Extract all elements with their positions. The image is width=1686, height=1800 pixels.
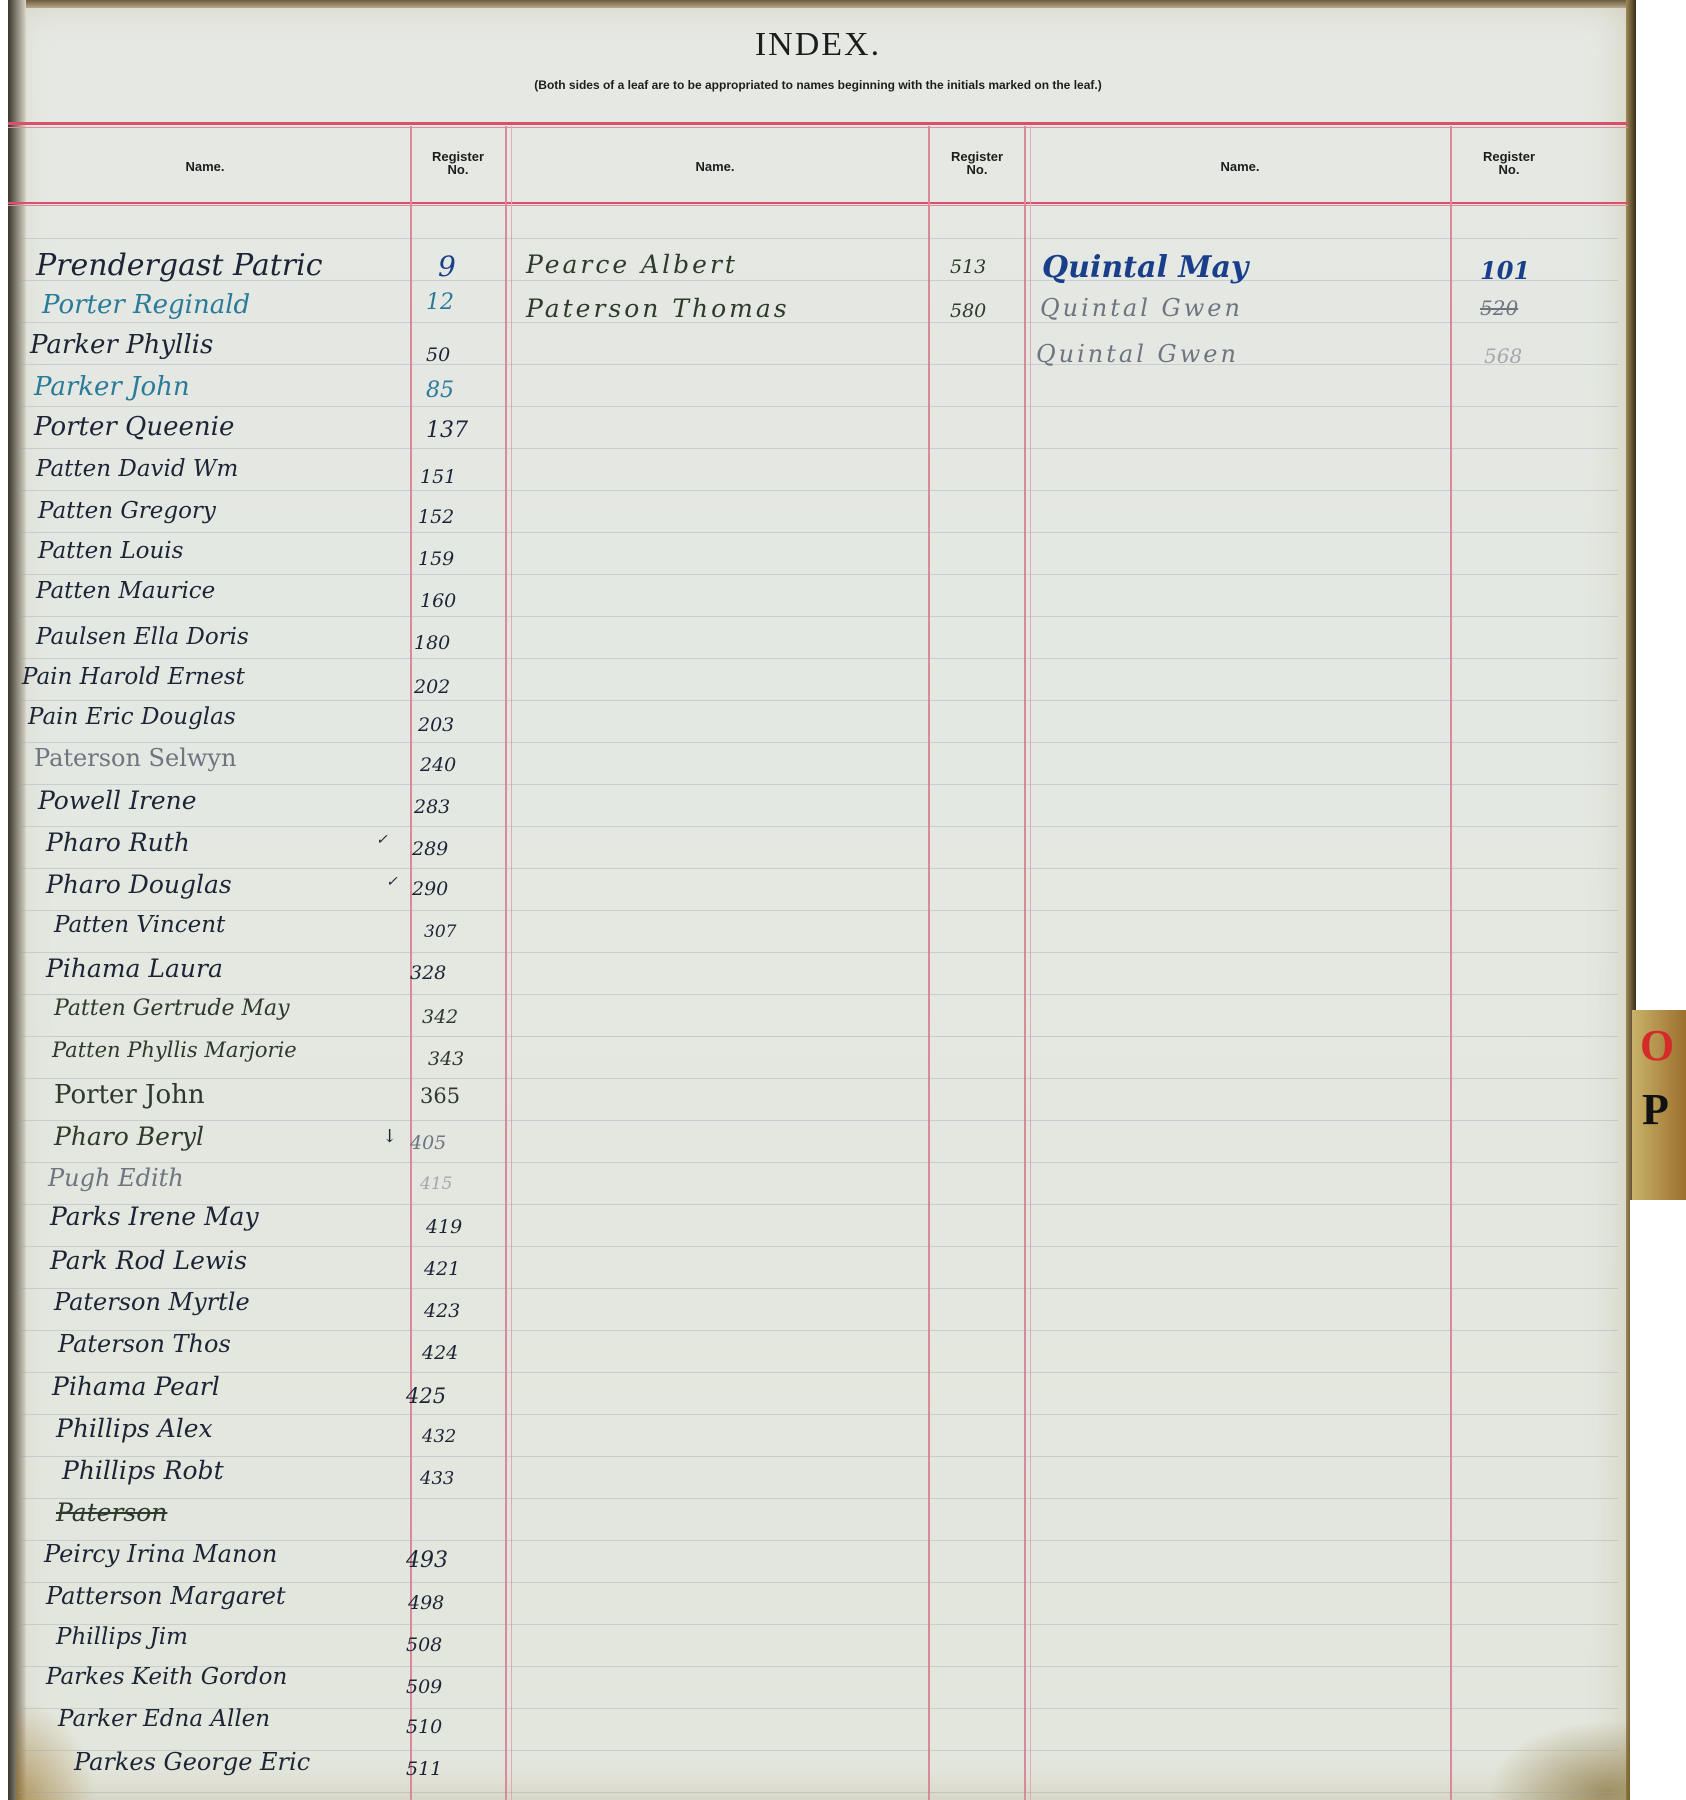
entry-name: Parker Edna Allen: [58, 1706, 270, 1732]
entry-name: Patten Gertrude May: [54, 996, 290, 1021]
check-mark: ✓: [386, 874, 398, 890]
column-divider: [928, 126, 930, 1800]
entry-register-struck: 520: [1480, 296, 1518, 320]
column-header-name-1: Name.: [150, 160, 260, 173]
entry-register: 513: [950, 256, 986, 278]
column-divider: [1024, 126, 1026, 1800]
entry-register: 511: [406, 1758, 442, 1780]
ruled-line: [18, 532, 1618, 533]
entry-register: 152: [418, 506, 454, 528]
ruled-line: [18, 490, 1618, 491]
column-divider: [505, 126, 507, 1800]
ruled-line: [18, 1624, 1618, 1625]
entry-register: 101: [1480, 256, 1530, 285]
stain: [1488, 1720, 1636, 1800]
header-rule: [8, 122, 1628, 125]
entry-name: Pain Harold Ernest: [22, 664, 245, 690]
entry-register: 240: [420, 754, 456, 776]
tab-letter-p: P: [1642, 1084, 1669, 1135]
entry-name: Parks Irene May: [50, 1202, 259, 1231]
entry-name: Pihama Pearl: [52, 1372, 220, 1401]
entry-name: Pearce Albert: [526, 250, 738, 279]
index-tab[interactable]: O P: [1632, 1010, 1686, 1200]
ruled-line: [18, 574, 1618, 575]
entry-register: 307: [424, 922, 456, 942]
ruled-line: [18, 700, 1618, 701]
entry-name: Pharo Ruth: [46, 828, 190, 857]
entry-register: 498: [408, 1592, 444, 1614]
ruled-line: [18, 826, 1618, 827]
ruled-line: [18, 1414, 1618, 1415]
entry-name: Porter Queenie: [34, 412, 234, 442]
entry-register: 160: [420, 590, 456, 612]
ruled-line: [18, 1162, 1618, 1163]
entry-register: 137: [426, 418, 468, 443]
ruled-line: [18, 1372, 1618, 1373]
entry-register: 9: [438, 250, 456, 283]
check-mark: ✓: [376, 832, 388, 848]
entry-name: Pihama Laura: [46, 954, 223, 983]
entry-register: 433: [420, 1468, 454, 1489]
entry-register: 342: [422, 1006, 458, 1028]
column-header-register-3: Register No.: [1452, 150, 1566, 176]
entry-name: Prendergast Patric: [36, 248, 323, 283]
column-header-rule: [8, 205, 1628, 206]
column-divider: [1450, 126, 1452, 1800]
header-rule: [8, 127, 1628, 128]
entry-register: 180: [414, 632, 450, 654]
entry-name: Patten David Wm: [36, 456, 238, 482]
entry-register: 568: [1484, 344, 1522, 368]
ruled-line: [18, 784, 1618, 785]
entry-name: Parker Phyllis: [30, 330, 213, 360]
entry-register: 423: [424, 1300, 460, 1322]
ruled-line: [18, 658, 1618, 659]
entry-register: 509: [406, 1676, 442, 1698]
entry-name: Pharo Douglas: [46, 870, 232, 899]
entry-name: Patten Phyllis Marjorie: [52, 1038, 297, 1062]
entry-register: 290: [412, 878, 448, 900]
register-no-label: No.: [412, 163, 504, 176]
entry-register: 510: [406, 1716, 442, 1738]
entry-register: 202: [414, 676, 450, 698]
entry-register: 283: [414, 796, 450, 818]
ruled-line: [18, 1120, 1618, 1121]
entry-register: 159: [418, 548, 454, 570]
background-gap: [1630, 1200, 1686, 1800]
entry-name: Paterson Thos: [58, 1330, 231, 1358]
entry-name: Phillips Robt: [62, 1456, 224, 1485]
ruled-line: [18, 1498, 1618, 1499]
page-title: INDEX.: [8, 26, 1628, 64]
column-header-rule: [8, 202, 1628, 204]
ruled-line: [18, 1288, 1618, 1289]
ruled-line: [18, 364, 1618, 365]
ruled-line: [18, 1246, 1618, 1247]
entry-name: Peircy Irina Manon: [44, 1540, 277, 1568]
entry-register: 85: [426, 378, 454, 403]
entry-name: Parkes George Eric: [74, 1748, 310, 1776]
entry-name: Pain Eric Douglas: [28, 704, 236, 730]
entry-register: 493: [406, 1548, 448, 1573]
entry-register: 421: [424, 1258, 460, 1280]
column-header-name-3: Name.: [1185, 160, 1295, 173]
entry-name: Pharo Beryl: [54, 1122, 204, 1151]
page-left-edge: [8, 0, 26, 1800]
ruled-line: [18, 406, 1618, 407]
entry-register: 432: [422, 1426, 456, 1447]
entry-register: 328: [410, 962, 446, 984]
entry-register: 289: [412, 838, 448, 860]
ruled-line: [18, 994, 1618, 995]
entry-name: Paterson Selwyn: [34, 744, 236, 772]
entry-name: Porter Reginald: [42, 290, 250, 320]
ruled-line: [18, 910, 1618, 911]
entry-name: Phillips Jim: [56, 1624, 188, 1650]
ruled-line: [18, 616, 1618, 617]
register-no-label: No.: [930, 163, 1024, 176]
entry-register: 424: [422, 1342, 458, 1364]
ruled-line: [18, 448, 1618, 449]
entry-name: Paulsen Ella Doris: [36, 624, 249, 650]
entry-name: Powell Irene: [38, 786, 197, 815]
column-header-register-1: Register No.: [412, 150, 504, 176]
entry-register: 425: [406, 1384, 446, 1408]
arrow-mark: ↓: [382, 1126, 397, 1147]
tab-letter-o: O: [1640, 1020, 1674, 1071]
entry-name: Park Rod Lewis: [50, 1246, 247, 1275]
entry-register: 508: [406, 1634, 442, 1656]
ruled-line: [18, 1330, 1618, 1331]
ruled-line: [18, 1456, 1618, 1457]
entry-name: Pugh Edith: [48, 1164, 184, 1192]
register-no-label: No.: [1452, 163, 1566, 176]
entry-register: 343: [428, 1048, 464, 1070]
ruled-line: [18, 322, 1618, 323]
entry-name: Phillips Alex: [56, 1414, 213, 1443]
entry-name: Patten Maurice: [36, 578, 215, 604]
ruled-line: [18, 742, 1618, 743]
ruled-line: [18, 868, 1618, 869]
entry-name: Quintal Gwen: [1036, 340, 1239, 368]
entry-name: Quintal Gwen: [1040, 294, 1243, 322]
entry-name: Quintal May: [1042, 250, 1248, 285]
entry-register: 365: [420, 1084, 460, 1108]
entry-register: 12: [426, 290, 454, 315]
entry-name: Patten Vincent: [54, 912, 225, 938]
entry-register: 419: [426, 1216, 462, 1238]
entry-name: Paterson Thomas: [526, 294, 790, 323]
entry-name-struck: Paterson: [56, 1498, 167, 1527]
entry-register: 415: [420, 1174, 452, 1194]
entry-name: Patterson Margaret: [46, 1582, 286, 1610]
entry-name: Parker John: [34, 372, 190, 402]
column-header-name-2: Name.: [660, 160, 770, 173]
entry-register: 580: [950, 300, 986, 322]
entry-register: 151: [420, 466, 456, 488]
entry-name: Parkes Keith Gordon: [46, 1664, 287, 1690]
ruled-line: [18, 1792, 1618, 1793]
page-subtitle: (Both sides of a leaf are to be appropri…: [8, 78, 1628, 92]
entry-register: 203: [418, 714, 454, 736]
ruled-line: [18, 1078, 1618, 1079]
ruled-line: [18, 952, 1618, 953]
entry-register: 50: [426, 344, 450, 366]
entry-name: Patten Louis: [38, 538, 183, 564]
ruled-line: [18, 1036, 1618, 1037]
entry-name: Porter John: [54, 1080, 205, 1110]
column-header-register-2: Register No.: [930, 150, 1024, 176]
ruled-line: [18, 238, 1618, 239]
entry-name: Patten Gregory: [38, 498, 216, 524]
entry-register: 405: [410, 1132, 446, 1154]
entry-name: Paterson Myrtle: [54, 1288, 250, 1316]
